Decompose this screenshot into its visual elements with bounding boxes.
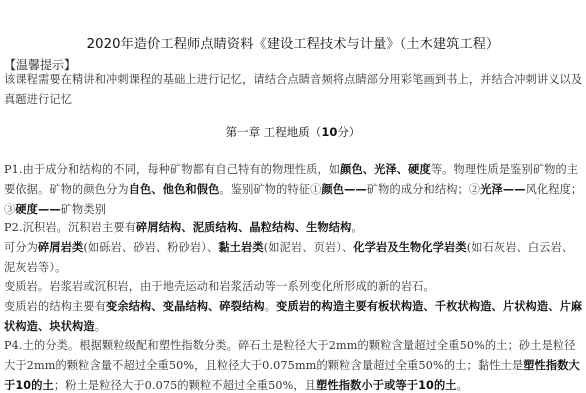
text-segment: 。鉴别矿物的特征① [219, 183, 321, 196]
text-segment: P2.沉积岩。沉积岩主要有 [4, 221, 136, 234]
paragraph-p1-minerals: P1.由于成分和结构的不同，每种矿物都有自己特有的物理性质，如颜色、光泽、硬度等… [4, 160, 584, 220]
chapter-suffix: 分） [337, 125, 360, 139]
text-segment: (如泥岩、页岩）、 [264, 241, 354, 254]
bold-segment: 塑性指数小于或等于10的土 [316, 379, 457, 392]
bold-segment: 碎屑岩类 [38, 241, 83, 254]
bold-segment: 光泽—— [480, 183, 525, 196]
bold-segment: 碎屑结构、泥质结构、晶粒结构、生物结构 [136, 221, 351, 234]
text-segment: P1.由于成分和结构的不同，每种矿物都有自己特有的物理性质，如 [4, 163, 340, 176]
bold-segment: 黏土岩类 [218, 241, 263, 254]
chapter-prefix: 第一章 工程地质（ [226, 125, 322, 139]
chapter-heading: 第一章 工程地质（10分） [0, 124, 586, 140]
text-segment: 可分为 [4, 241, 38, 254]
text-segment: 。 [457, 379, 468, 392]
bold-segment: 自色、他色和假色 [129, 183, 220, 196]
paragraph-p2-sedimentary: P2.沉积岩。沉积岩主要有碎屑结构、泥质结构、晶粒结构、生物结构。 [4, 218, 584, 238]
document-title: 2020年造价工程师点睛资料《建设工程技术与计量》（土木建筑工程） [0, 33, 586, 52]
chapter-score: 10 [321, 125, 337, 139]
intro-paragraph: 该课程需要在精讲和冲刺课程的基础上进行记忆，请结合点睛音频将点睛部分用彩笔画到书… [4, 70, 584, 110]
paragraph-p4-soil-classification: P4.土的分类。根据颗粒级配和塑性指数分类。碎石土是粒径大于2mm的颗粒含量超过… [4, 336, 584, 393]
paragraph-metamorphic-structure: 变质岩的结构主要有变余结构、变晶结构、碎裂结构。变质岩的构造主要有板状构造、千枚… [4, 297, 584, 337]
paragraph-metamorphic-definition: 变质岩。岩浆岩或沉积岩，由于地壳运动和岩浆活动等一系列变化所形成的新的岩石。 [4, 277, 584, 297]
text-segment: P4.土的分类。根据颗粒级配和塑性指数分类。碎石土是粒径大于2mm的颗粒含量超过… [4, 339, 576, 372]
text-segment: 。 [265, 300, 276, 313]
text-segment: 矿物类别 [61, 203, 106, 216]
text-segment: 变质岩。岩浆岩或沉积岩，由于地壳运动和岩浆活动等一系列变化所形成的新的岩石。 [4, 280, 435, 293]
paragraph-sedimentary-classes: 可分为碎屑岩类(如砾岩、砂岩、粉砂岩）、黏土岩类(如泥岩、页岩）、化学岩及生物化… [4, 238, 584, 278]
text-segment: 。 [351, 221, 362, 234]
text-segment: 矿物的成分和结构；② [367, 183, 480, 196]
bold-segment: 颜色—— [321, 183, 366, 196]
text-segment: ；粉土是粒径大于0.075的颗粒不超过全重50%，且 [54, 379, 316, 392]
text-segment: 。 [95, 320, 106, 333]
bold-segment: 化学岩及生物化学岩类 [353, 241, 466, 254]
bold-segment: 硬度—— [15, 203, 60, 216]
document-page: 2020年造价工程师点睛资料《建设工程技术与计量》（土木建筑工程） 【温馨提示】… [0, 0, 586, 393]
text-segment: (如砾岩、砂岩、粉砂岩）、 [83, 241, 218, 254]
bold-segment: 颜色、光泽、硬度 [340, 163, 431, 176]
bold-segment: 变余结构、变晶结构、碎裂结构 [106, 300, 265, 313]
text-segment: 变质岩的结构主要有 [4, 300, 106, 313]
